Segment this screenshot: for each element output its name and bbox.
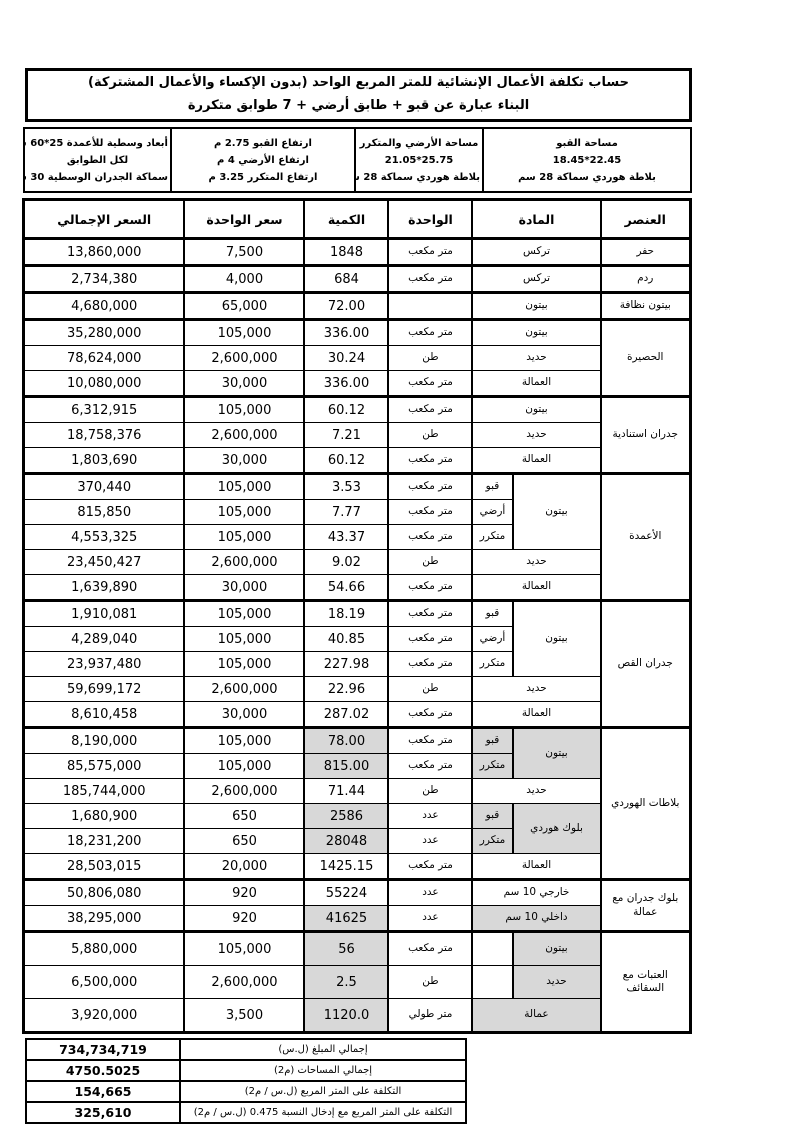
qty-cell: 1425.15 [304,854,388,880]
unit-price-cell: 105,000 [184,728,304,754]
unit-cell: متر مكعب [388,266,472,293]
unit-price-cell: 650 [184,829,304,854]
unit-price-cell: 650 [184,804,304,829]
table-row: العمالةمتر مكعب287.0230,0008,610,458 [23,702,690,728]
floor-cell: قبو [472,728,512,754]
unit-price-cell: 2,600,000 [184,677,304,702]
unit-cell: متر مكعب [388,525,472,550]
total-cell: 1,639,890 [23,575,184,601]
unit-price-cell: 105,000 [184,932,304,966]
unit-price-cell: 105,000 [184,754,304,779]
material-cell: العمالة [472,854,600,880]
total-cell: 50,806,080 [23,880,184,906]
total-cell: 2,734,380 [23,266,184,293]
material-cell: العمالة [472,371,600,397]
element-cell: حفر [601,239,691,266]
material-cell: حديد [472,677,600,702]
unit-price-cell: 30,000 [184,702,304,728]
element-cell: العتبات مع السقائف [601,932,691,1033]
unit-price-cell: 105,000 [184,500,304,525]
building-info-table: مساحة القبو 22.45*18.45 بلاطة هوردي سماك… [23,127,692,193]
total-cell: 38,295,000 [23,906,184,932]
element-cell: ردم [601,266,691,293]
total-cell: 1,803,690 [23,448,184,474]
floor-cell: أرضي [472,500,512,525]
qty-cell: 54.66 [304,575,388,601]
qty-cell: 71.44 [304,779,388,804]
table-row: داخلي 10 سمعدد4162592038,295,000 [23,906,690,932]
summary-label: التكلفة على المتر المربع مع إدخال النسبة… [180,1102,466,1123]
material-cell: العمالة [472,575,600,601]
material-cell: تركس [472,239,600,266]
total-cell: 23,937,480 [23,652,184,677]
summary-value: 154,665 [26,1081,180,1102]
total-cell: 1,680,900 [23,804,184,829]
title-box: حساب تكلفة الأعمال الإنشائية للمتر المرب… [25,68,692,122]
info-cell-column-dimensions: أبعاد وسطية للأعمدة 25*60 سم لكل الطوابق… [24,128,171,192]
qty-cell: 56 [304,932,388,966]
unit-cell: طن [388,423,472,448]
unit-cell: متر طولي [388,999,472,1033]
unit-price-cell: 105,000 [184,474,304,500]
info-cell-basement-area: مساحة القبو 22.45*18.45 بلاطة هوردي سماك… [483,128,691,192]
qty-cell: 41625 [304,906,388,932]
material-cell: حديد [513,966,601,999]
qty-cell: 60.12 [304,448,388,474]
summary-value: 325,610 [26,1102,180,1123]
table-row: عمالةمتر طولي1120.03,5003,920,000 [23,999,690,1033]
material-cell: بلوك هوردي [513,804,601,854]
unit-price-cell: 65,000 [184,293,304,320]
material-cell: بيتون [513,728,601,779]
table-row: العمالةمتر مكعب1425.1520,00028,503,015 [23,854,690,880]
floor-cell: متكرر [472,829,512,854]
summary-label: إجمالي المبلغ (ل.س) [180,1039,466,1060]
material-cell: العمالة [472,702,600,728]
element-cell: جدران استنادية [601,397,691,474]
unit-cell: متر مكعب [388,702,472,728]
material-cell: تركس [472,266,600,293]
qty-cell: 7.77 [304,500,388,525]
material-cell: بيتون [472,397,600,423]
total-cell: 85,575,000 [23,754,184,779]
total-cell: 8,610,458 [23,702,184,728]
summary-row: إجمالي المبلغ (ل.س)734,734,719 [26,1039,466,1060]
unit-cell: طن [388,677,472,702]
qty-cell: 1120.0 [304,999,388,1033]
cost-table: العنصر المادة الواحدة الكمية سعر الواحدة… [22,198,692,1034]
summary-row: إجمالي المساحات (م2)4750.5025 [26,1060,466,1081]
unit-cell: متر مكعب [388,474,472,500]
unit-price-cell: 105,000 [184,397,304,423]
summary-value: 734,734,719 [26,1039,180,1060]
qty-cell: 43.37 [304,525,388,550]
unit-price-cell: 2,600,000 [184,423,304,448]
unit-price-cell: 920 [184,906,304,932]
floor-cell: قبو [472,601,512,627]
col-header-qty: الكمية [304,200,388,239]
title-line-1: حساب تكلفة الأعمال الإنشائية للمتر المرب… [28,72,689,95]
material-cell: بيتون [472,293,600,320]
unit-cell: عدد [388,906,472,932]
unit-cell: طن [388,966,472,999]
qty-cell: 287.02 [304,702,388,728]
material-cell: داخلي 10 سم [472,906,600,932]
unit-price-cell: 30,000 [184,371,304,397]
material-cell: حديد [472,346,600,371]
table-row: حديدطن7.212,600,00018,758,376 [23,423,690,448]
col-header-element: العنصر [601,200,691,239]
unit-price-cell: 2,600,000 [184,550,304,575]
unit-cell: متر مكعب [388,239,472,266]
qty-cell: 78.00 [304,728,388,754]
unit-cell: طن [388,346,472,371]
unit-price-cell: 7,500 [184,239,304,266]
floor-cell: متكرر [472,525,512,550]
qty-cell: 72.00 [304,293,388,320]
column-header-row: العنصر المادة الواحدة الكمية سعر الواحدة… [23,200,690,239]
qty-cell: 227.98 [304,652,388,677]
qty-cell: 7.21 [304,423,388,448]
total-cell: 370,440 [23,474,184,500]
table-row: الأعمدةبيتونقبومتر مكعب3.53105,000370,44… [23,474,690,500]
element-cell: بيتون نظافة [601,293,691,320]
col-header-unit: الواحدة [388,200,472,239]
unit-cell: متر مكعب [388,500,472,525]
total-cell: 4,289,040 [23,627,184,652]
unit-cell: عدد [388,829,472,854]
total-cell: 815,850 [23,500,184,525]
unit-cell: متر مكعب [388,575,472,601]
total-cell: 4,680,000 [23,293,184,320]
table-row: حديدطن71.442,600,000185,744,000 [23,779,690,804]
unit-cell: عدد [388,804,472,829]
total-cell: 35,280,000 [23,320,184,346]
unit-price-cell: 105,000 [184,627,304,652]
floor-cell: قبو [472,474,512,500]
unit-price-cell: 105,000 [184,320,304,346]
qty-cell: 684 [304,266,388,293]
unit-cell: عدد [388,880,472,906]
table-row: حديدطن9.022,600,00023,450,427 [23,550,690,575]
total-cell: 28,503,015 [23,854,184,880]
total-cell: 1,910,081 [23,601,184,627]
summary-row: التكلفة على المتر المربع (ل.س / م2)154,6… [26,1081,466,1102]
unit-price-cell: 920 [184,880,304,906]
floor-cell: متكرر [472,754,512,779]
unit-cell: متر مكعب [388,627,472,652]
qty-cell: 2.5 [304,966,388,999]
table-row: العمالةمتر مكعب54.6630,0001,639,890 [23,575,690,601]
qty-cell: 22.96 [304,677,388,702]
qty-cell: 1848 [304,239,388,266]
element-cell: بلاطات الهوردي [601,728,691,880]
material-cell: حديد [472,779,600,804]
floor-cell: متكرر [472,652,512,677]
table-row: حديدطن22.962,600,00059,699,172 [23,677,690,702]
table-row: العتبات مع السقائفبيتونمتر مكعب56105,000… [23,932,690,966]
total-cell: 8,190,000 [23,728,184,754]
total-cell: 13,860,000 [23,239,184,266]
material-cell: حديد [472,550,600,575]
qty-cell: 336.00 [304,320,388,346]
total-cell: 6,500,000 [23,966,184,999]
unit-price-cell: 3,500 [184,999,304,1033]
material-cell: عمالة [472,999,600,1033]
unit-price-cell: 2,600,000 [184,346,304,371]
col-header-unit-price: سعر الواحدة [184,200,304,239]
unit-price-cell: 105,000 [184,601,304,627]
unit-price-cell: 30,000 [184,448,304,474]
summary-label: التكلفة على المتر المربع (ل.س / م2) [180,1081,466,1102]
material-cell: بيتون [472,320,600,346]
table-row: بلاطات الهورديبيتونقبومتر مكعب78.00105,0… [23,728,690,754]
cost-sheet: حساب تكلفة الأعمال الإنشائية للمتر المرب… [25,68,692,1124]
table-row: العمالةمتر مكعب336.0030,00010,080,000 [23,371,690,397]
summary-row: التكلفة على المتر المربع مع إدخال النسبة… [26,1102,466,1123]
unit-price-cell: 20,000 [184,854,304,880]
qty-cell: 2586 [304,804,388,829]
unit-cell: متر مكعب [388,728,472,754]
table-row: بلوك هورديقبوعدد25866501,680,900 [23,804,690,829]
summary-value: 4750.5025 [26,1060,180,1081]
unit-price-cell: 2,600,000 [184,779,304,804]
col-header-material: المادة [472,200,600,239]
unit-cell: طن [388,779,472,804]
unit-price-cell: 30,000 [184,575,304,601]
qty-cell: 28048 [304,829,388,854]
unit-cell: متر مكعب [388,371,472,397]
title-line-2: البناء عبارة عن قبو + طابق أرضي + 7 طواب… [28,95,689,118]
qty-cell: 9.02 [304,550,388,575]
table-row: بيتون نظافةبيتون72.0065,0004,680,000 [23,293,690,320]
floor-cell: أرضي [472,627,512,652]
unit-cell: متر مكعب [388,652,472,677]
unit-price-cell: 4,000 [184,266,304,293]
qty-cell: 40.85 [304,627,388,652]
qty-cell: 336.00 [304,371,388,397]
total-cell: 5,880,000 [23,932,184,966]
unit-cell: متر مكعب [388,854,472,880]
unit-cell: متر مكعب [388,754,472,779]
material-cell: بيتون [513,601,601,677]
total-cell: 59,699,172 [23,677,184,702]
material-cell: العمالة [472,448,600,474]
qty-cell: 18.19 [304,601,388,627]
total-cell: 6,312,915 [23,397,184,423]
col-header-total: السعر الإجمالي [23,200,184,239]
table-row: بلوك جدران مع عمالةخارجي 10 سمعدد5522492… [23,880,690,906]
element-cell: الحصيرة [601,320,691,397]
table-row: جدران استناديةبيتونمتر مكعب60.12105,0006… [23,397,690,423]
table-row: حفرتركسمتر مكعب18487,50013,860,000 [23,239,690,266]
total-cell: 3,920,000 [23,999,184,1033]
unit-cell: متر مكعب [388,397,472,423]
floor-cell: قبو [472,804,512,829]
table-row: ردمتركسمتر مكعب6844,0002,734,380 [23,266,690,293]
unit-price-cell: 105,000 [184,525,304,550]
unit-cell: متر مكعب [388,448,472,474]
material-cell: بيتون [513,474,601,550]
material-cell: خارجي 10 سم [472,880,600,906]
total-cell: 10,080,000 [23,371,184,397]
summary-table: إجمالي المبلغ (ل.س)734,734,719إجمالي الم… [25,1038,467,1124]
info-cell-ground-area: مساحة الأرضي والمتكرر 25.75*21.05 بلاطة … [355,128,483,192]
total-cell: 78,624,000 [23,346,184,371]
table-row: حديدطن30.242,600,00078,624,000 [23,346,690,371]
summary-label: إجمالي المساحات (م2) [180,1060,466,1081]
table-row: حديدطن2.52,600,0006,500,000 [23,966,690,999]
total-cell: 23,450,427 [23,550,184,575]
total-cell: 185,744,000 [23,779,184,804]
unit-cell [388,293,472,320]
floor-cell [472,932,512,966]
element-cell: بلوك جدران مع عمالة [601,880,691,932]
info-cell-heights: ارتفاع القبو 2.75 م ارتفاع الأرضي 4 م ار… [171,128,355,192]
qty-cell: 3.53 [304,474,388,500]
summary-table-body: إجمالي المبلغ (ل.س)734,734,719إجمالي الم… [26,1039,466,1123]
unit-cell: طن [388,550,472,575]
total-cell: 4,553,325 [23,525,184,550]
table-row: جدران القصبيتونقبومتر مكعب18.19105,0001,… [23,601,690,627]
element-cell: الأعمدة [601,474,691,601]
material-cell: بيتون [513,932,601,966]
unit-cell: متر مكعب [388,601,472,627]
material-cell: حديد [472,423,600,448]
unit-cell: متر مكعب [388,320,472,346]
total-cell: 18,231,200 [23,829,184,854]
table-row: العمالةمتر مكعب60.1230,0001,803,690 [23,448,690,474]
floor-cell [472,966,512,999]
unit-cell: متر مكعب [388,932,472,966]
table-row: الحصيرةبيتونمتر مكعب336.00105,00035,280,… [23,320,690,346]
element-cell: جدران القص [601,601,691,728]
document-page: حساب تكلفة الأعمال الإنشائية للمتر المرب… [0,0,800,1131]
unit-price-cell: 2,600,000 [184,966,304,999]
main-table-body: حفرتركسمتر مكعب18487,50013,860,000ردمترك… [23,239,690,1033]
qty-cell: 815.00 [304,754,388,779]
qty-cell: 55224 [304,880,388,906]
qty-cell: 60.12 [304,397,388,423]
total-cell: 18,758,376 [23,423,184,448]
qty-cell: 30.24 [304,346,388,371]
unit-price-cell: 105,000 [184,652,304,677]
